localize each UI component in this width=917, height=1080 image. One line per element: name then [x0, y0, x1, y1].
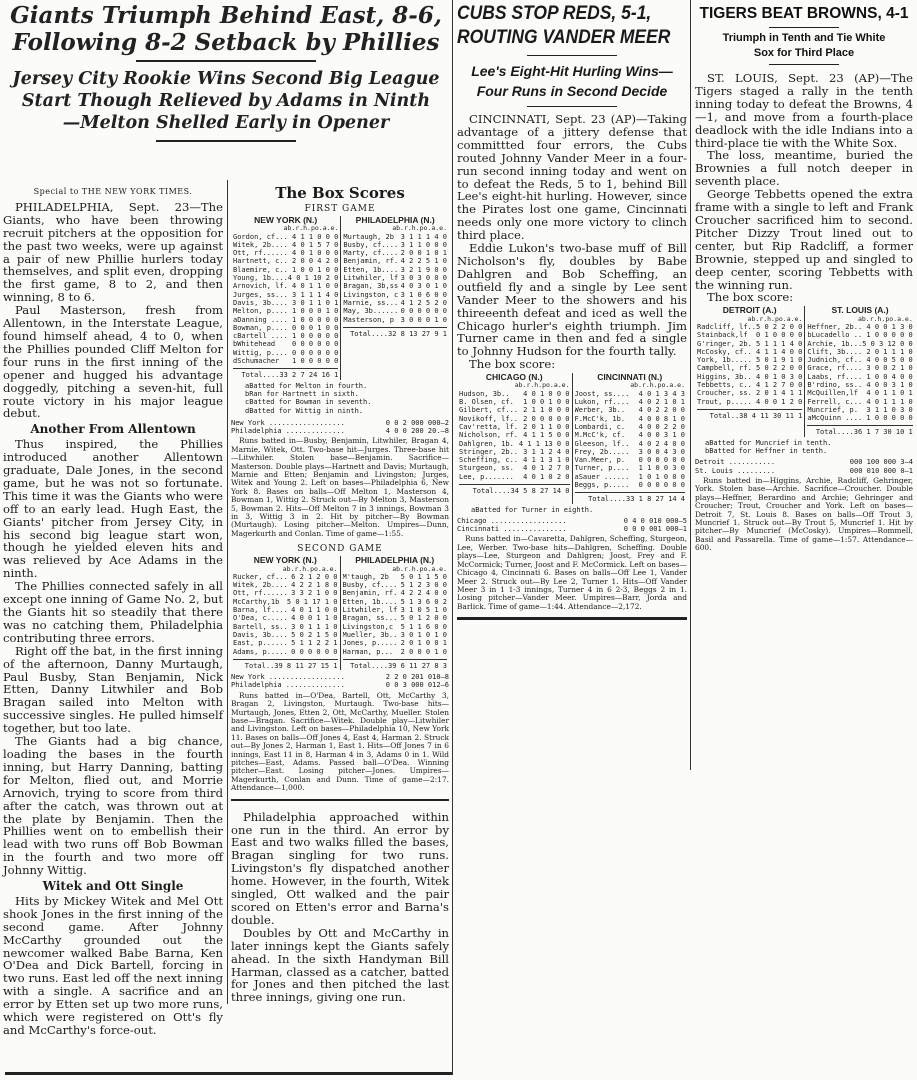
- player-row: Davis, 3b....5 0 2 1 5 0: [233, 631, 338, 639]
- inning-runs: 4 0 0 200 20.—8: [386, 427, 449, 435]
- player-stats: 4 1 2 7 0 0: [756, 381, 802, 389]
- player-stats: 1 0 0 0 0 0: [292, 357, 338, 365]
- player-stats: 4 0 1 1 0 0: [291, 606, 337, 614]
- player-name: Clift, 3b....: [807, 348, 862, 356]
- player-name: York, 1b.....: [697, 356, 752, 364]
- player-row: Trout, p.....4 0 0 1 2 0: [697, 398, 802, 406]
- team-name: St. Louis .........: [695, 467, 775, 475]
- player-row: Stainback,lf0 1 0 0 0 0: [697, 331, 802, 339]
- tigers-article: ST. LOUIS, Sept. 23 (AP)—The Tigers stag…: [695, 72, 913, 304]
- player-name: Wittig, p....: [233, 349, 288, 357]
- tigers-headline: TIGERS BEAT BROWNS, 4-1: [695, 4, 913, 24]
- player-row: York, 1b.....5 0 1 9 1 0: [697, 356, 802, 364]
- player-stats: 4 1 1 4 0 0: [756, 348, 802, 356]
- team-name: Detroit ...........: [695, 458, 775, 466]
- paragraph: The Giants had a big chance, loading the…: [3, 735, 223, 877]
- tigers-browns-box: DETROIT (A.) ab.r.h.po.a.e. Radcliff, lf…: [695, 306, 913, 436]
- player-name: B. Olsen, cf.: [459, 398, 514, 406]
- player-stats: 2 0 1 1 1 0: [866, 348, 912, 356]
- box-notes: aBatted for Turner in eighth.: [457, 506, 687, 514]
- player-name: Livingston, c: [343, 291, 398, 299]
- player-row: B'rdino, ss..4 0 0 3 1 0: [807, 381, 912, 389]
- team-total: Total....36 1 7 30 10 1: [807, 425, 912, 436]
- player-row: Hudson, 3b..4 0 1 0 0 0: [459, 390, 570, 398]
- player-name: Marnie, ss...: [343, 299, 398, 307]
- game-summary: Runs batted in—Higgins, Archie, Radcliff…: [695, 477, 913, 553]
- divider: [457, 617, 687, 620]
- player-row: Sturgeon, ss.4 0 1 2 7 0: [459, 464, 570, 472]
- box-note: cBatted for Bowman in seventh.: [245, 398, 449, 406]
- team-name: Cincinnati ...............: [457, 525, 567, 533]
- player-rows: M'taugh, 2b5 0 1 1 5 0Busby, cf....5 1 2…: [343, 573, 448, 656]
- player-row: Tebbetts, c..4 1 2 7 0 0: [697, 381, 802, 389]
- team-total: Total....33 2 7 24 16 1: [233, 368, 338, 379]
- player-row: Stringer, 2b..3 1 1 2 4 0: [459, 448, 570, 456]
- player-name: Heffner, 2b..: [807, 323, 862, 331]
- player-name: Jurges, ss...: [233, 291, 288, 299]
- player-name: Witek, 2b....: [233, 581, 288, 589]
- player-row: Arnovich, lf.4 0 1 1 0 0: [233, 282, 338, 290]
- tigers-story: TIGERS BEAT BROWNS, 4-1 Triumph in Tenth…: [695, 4, 913, 553]
- player-stats: 1 0 0 1 0 0: [523, 398, 569, 406]
- player-row: dSchumacher1 0 0 0 0 0: [233, 357, 338, 365]
- cubs-reds-box: CHICAGO (N.) ab.r.h.po.a.e. Hudson, 3b..…: [457, 373, 687, 503]
- player-row: Cav'retta, lf.2 0 1 1 0 0: [459, 423, 570, 431]
- player-name: Ott, rf......: [233, 249, 288, 257]
- player-row: Gordon, cf...4 1 1 0 0 0: [233, 233, 338, 241]
- player-row: Rucker, cf...6 2 1 2 0 0: [233, 573, 338, 581]
- player-row: Higgins, 3b..4 0 1 0 3 0: [697, 373, 802, 381]
- player-name: Bowman, p....: [233, 324, 288, 332]
- player-stats: 4 0 0 2 2 0: [639, 423, 685, 431]
- player-stats: 4 0 1 1 0 0: [292, 282, 338, 290]
- chicago-box: CHICAGO (N.) ab.r.h.po.a.e. Hudson, 3b..…: [457, 373, 572, 503]
- line-score-row: New York ..................0 0 2 000 000…: [231, 419, 449, 427]
- player-row: Davis, 3b....3 0 1 1 0 1: [233, 299, 338, 307]
- player-stats: 4 0 1 10 2 0: [288, 274, 339, 282]
- player-row: Wittig, p....0 0 0 0 0 0: [233, 349, 338, 357]
- player-stats: 4 0 1 1 1 0: [866, 398, 912, 406]
- player-row: F.McC'k, 1b.4 0 0 8 1 0: [575, 415, 686, 423]
- player-stats: 4 0 0 1 3 0: [866, 323, 912, 331]
- new-york-box: NEW YORK (N.) ab.r.h.po.a.e. Rucker, cf.…: [231, 556, 340, 670]
- player-stats: 4 0 0 1 2 0: [756, 398, 802, 406]
- team-total: Total..39 8 11 27 15 1: [233, 659, 338, 670]
- line-score-row: New York ..................2 2 0 201 010…: [231, 673, 449, 681]
- player-stats: 4 2 2 4 0 0: [401, 589, 447, 597]
- paragraph: The loss, meantime, buried the Brownies …: [695, 149, 913, 188]
- player-row: Lukon, rf....4 0 2 1 0 1: [575, 398, 686, 406]
- player-row: Adams, p.....0 0 0 0 0 0: [233, 648, 338, 656]
- player-name: Etten, 1b....: [343, 266, 398, 274]
- player-row: Bragan, ss...5 0 1 2 0 0: [343, 614, 448, 622]
- player-name: Bragan, 3b,ss: [343, 282, 398, 290]
- player-row: Harman, p...2 0 0 0 1 0: [343, 648, 448, 656]
- player-row: McCarthy,1b5 0 1 17 1 0: [233, 598, 338, 606]
- player-row: aDanning ....1 0 0 0 0 0: [233, 316, 338, 324]
- inning-runs: 0 4 0 010 000—5: [624, 517, 687, 525]
- paragraph: Thus inspired, the Phillies introduced a…: [3, 438, 223, 580]
- player-name: Turner, p....: [575, 464, 630, 472]
- line-score-row: Cincinnati ...............0 0 0 001 000—…: [457, 525, 687, 533]
- player-name: aDanning ....: [233, 316, 288, 324]
- player-stats: 2 0 0 0 1 0: [401, 648, 447, 656]
- player-name: McQuillen,lf: [807, 389, 858, 397]
- player-rows: Heffner, 2b..4 0 0 1 3 0bLucadello ..1 0…: [807, 323, 912, 423]
- subhead: Witek and Ott Single: [3, 880, 223, 893]
- player-row: Murtaugh, 2b3 1 1 1 4 0: [343, 233, 447, 241]
- player-row: McQuillen,lf4 0 1 1 0 1: [807, 389, 912, 397]
- player-row: Young, 1b....4 0 1 10 2 0: [233, 274, 338, 282]
- player-row: Witek, 2b....4 2 2 1 8 0: [233, 581, 338, 589]
- player-name: Judnich, cf..: [807, 356, 862, 364]
- player-row: Turner, p....1 1 0 0 3 0: [575, 464, 686, 472]
- player-stats: 4 0 2 4 0 0: [639, 440, 685, 448]
- player-stats: 3 0 3 0 0 0: [401, 274, 447, 282]
- player-stats: 1 0 0 0 0 0: [866, 414, 912, 422]
- player-name: May, 3b......: [343, 307, 398, 315]
- player-rows: Hudson, 3b..4 0 1 0 0 0B. Olsen, cf.1 0 …: [459, 390, 570, 481]
- player-name: Lee, p.......: [459, 473, 514, 481]
- second-game-label: SECOND GAME: [231, 544, 449, 554]
- player-name: Higgins, 3b..: [697, 373, 752, 381]
- player-stats: 5 0 2 2 0 0: [756, 323, 802, 331]
- player-name: dSchumacher: [233, 357, 279, 365]
- player-row: O'Dea, c.....4 0 0 1 1 0: [233, 614, 338, 622]
- player-stats: 3 1 1 2 4 0: [523, 448, 569, 456]
- paragraph: Eddie Lukon's two-base muff of Bill Nich…: [457, 242, 687, 358]
- player-row: B. Olsen, cf.1 0 0 1 0 0: [459, 398, 570, 406]
- player-row: Barna, lf....4 0 1 1 0 0: [233, 606, 338, 614]
- player-stats: 3 1 1 0 0 0: [401, 241, 447, 249]
- player-name: Cav'retta, lf.: [459, 423, 518, 431]
- player-row: M.McC'k, cf.4 0 0 3 1 0: [575, 431, 686, 439]
- player-name: Young, 1b....: [233, 274, 288, 282]
- player-rows: Joost, ss....4 0 1 3 4 3Lukon, rf....4 0…: [575, 390, 686, 490]
- player-name: Hudson, 3b..: [459, 390, 510, 398]
- divider: [231, 799, 449, 801]
- cubs-story: CUBS STOP REDS, 5-1, ROUTING VANDER MEER…: [457, 2, 687, 620]
- player-stats: 3 0 0 2 1 0: [866, 364, 912, 372]
- player-row: Archie, 1b...5 0 3 12 0 0: [807, 340, 912, 348]
- player-row: Clift, 3b....2 0 1 1 1 0: [807, 348, 912, 356]
- player-row: Judnich, cf..4 0 0 5 0 0: [807, 356, 912, 364]
- player-name: Muncrief, p.: [807, 406, 858, 414]
- player-name: M.McC'k, cf.: [575, 431, 626, 439]
- player-row: Bragan, 3b,ss4 0 3 0 1 0: [343, 282, 447, 290]
- divider: [527, 106, 617, 107]
- player-name: McCosky, cf..: [697, 348, 752, 356]
- player-row: East, p......5 1 1 2 2 1: [233, 639, 338, 647]
- player-stats: 4 0 0 3 1 0: [639, 431, 685, 439]
- player-name: McCarthy,1b: [233, 598, 279, 606]
- player-row: Novikoff, lf..2 0 0 0 0 0: [459, 415, 570, 423]
- player-stats: 4 0 1 2 7 0: [523, 464, 569, 472]
- cincinnati-box: CINCINNATI (N.) ab.r.h.po.a.e. Joost, ss…: [572, 373, 688, 503]
- inning-runs: 2 2 0 201 010—8: [386, 673, 449, 681]
- player-row: Gilbert, cf...2 1 1 0 0 0: [459, 406, 570, 414]
- player-name: Busby, cf....: [343, 241, 398, 249]
- player-name: Lukon, rf....: [575, 398, 630, 406]
- player-row: Scheffing, c..4 1 1 3 1 0: [459, 456, 570, 464]
- player-stats: 4 1 2 5 2 0: [401, 299, 447, 307]
- box-note: bRan for Hartnett in sixth.: [245, 390, 449, 398]
- player-stats: 3 1 1 0 3 0: [866, 406, 912, 414]
- player-stats: 5 0 1 2 0 0: [401, 614, 447, 622]
- player-name: Nicholson, rf.: [459, 431, 518, 439]
- player-name: Rucker, cf...: [233, 573, 288, 581]
- player-name: Laabs, rf....: [807, 373, 862, 381]
- subhead: Another From Allentown: [3, 423, 223, 436]
- player-name: Mueller, 3b..: [343, 631, 398, 639]
- paragraph: Hits by Mickey Witek and Mel Ott shook J…: [3, 895, 223, 1037]
- player-stats: 3 3 2 1 0 0: [291, 589, 337, 597]
- player-stats: 5 0 3 12 0 0: [862, 340, 913, 348]
- player-name: Trout, p.....: [697, 398, 752, 406]
- player-stats: 3 0 1 0 1 0: [401, 631, 447, 639]
- player-name: B'rdino, ss..: [807, 381, 862, 389]
- line-score-row: Philadelphia ..............0 0 3 000 012…: [231, 681, 449, 689]
- player-stats: 0 0 0 0 0 0: [292, 340, 338, 348]
- player-stats: 3 2 1 9 0 0: [401, 266, 447, 274]
- player-name: M'taugh, 2b: [343, 573, 389, 581]
- paragraph: Philadelphia approached within one run i…: [231, 811, 449, 927]
- player-name: Joost, ss....: [575, 390, 630, 398]
- player-row: McCosky, cf..4 1 1 4 0 0: [697, 348, 802, 356]
- player-name: O'Dea, c.....: [233, 614, 288, 622]
- team-name: Chicago ..................: [457, 517, 567, 525]
- player-name: Van.Meer, p.: [575, 456, 626, 464]
- player-name: Marty, cf....: [343, 249, 398, 257]
- player-stats: 3 1 1 1 4 0: [292, 291, 338, 299]
- player-stats: 5 0 2 2 0 0: [756, 364, 802, 372]
- player-row: Ott, rf......3 3 2 1 0 0: [233, 589, 338, 597]
- player-name: Benjamin, rf.: [343, 257, 398, 265]
- player-name: Etten, 1b....: [343, 598, 398, 606]
- player-name: East, p......: [233, 639, 288, 647]
- player-row: Witek, 2b....4 0 1 5 7 0: [233, 241, 338, 249]
- paragraph: CINCINNATI, Sept. 23 (AP)—Taking advanta…: [457, 113, 687, 242]
- player-name: Litwhiler, lf: [343, 274, 398, 282]
- cubs-headline: CUBS STOP REDS, 5-1, ROUTING VANDER MEER: [457, 2, 687, 50]
- player-stats: 4 1 1 0 0 0: [292, 233, 338, 241]
- player-stats: 5 1 1 1 4 0: [756, 340, 802, 348]
- box-notes: aBatted for Melton in fourth.bRan for Ha…: [231, 382, 449, 415]
- player-stats: 2 0 1 1 0 0: [523, 423, 569, 431]
- player-name: Bragan, ss...: [343, 614, 398, 622]
- player-name: Blaemire, c..: [233, 266, 288, 274]
- player-row: Nicholson, rf.4 1 1 5 0 0: [459, 431, 570, 439]
- player-name: Werber, 3b..: [575, 406, 626, 414]
- player-name: Murtaugh, 2b: [343, 233, 394, 241]
- player-name: Barna, lf....: [233, 606, 288, 614]
- box-note: aBatted for Turner in eighth.: [471, 506, 687, 514]
- player-name: Stringer, 2b..: [459, 448, 518, 456]
- paragraph: The Phillies connected safely in all exc…: [3, 580, 223, 645]
- player-stats: 3 0 0 0 1 0: [401, 316, 447, 324]
- paragraph: The box score:: [695, 291, 913, 304]
- player-stats: 4 0 1 0 2 0: [523, 473, 569, 481]
- player-name: Ott, rf......: [233, 589, 288, 597]
- player-row: bLucadello ..1 0 0 0 0 0: [807, 331, 912, 339]
- player-stats: 5 1 2 3 0 0: [401, 581, 447, 589]
- player-name: Arnovich, lf.: [233, 282, 288, 290]
- box-note: aBatted for Muncrief in tenth.: [705, 439, 913, 447]
- giants-headline-block: Giants Triumph Behind East, 8-6, Followi…: [2, 2, 450, 142]
- player-row: Jones, p.....2 0 1 0 0 1: [343, 639, 448, 647]
- player-row: Dahlgren, 1b.4 1 1 13 0 0: [459, 440, 570, 448]
- team-name: New York ..................: [231, 419, 345, 427]
- player-name: Davis, 3b....: [233, 299, 288, 307]
- player-name: Livingston,c: [343, 623, 394, 631]
- player-row: Bowman, p....0 0 0 1 0 0: [233, 324, 338, 332]
- player-name: Beggs, p.....: [575, 481, 630, 489]
- box-notes: aBatted for Muncrief in tenth.bBatted fo…: [695, 439, 913, 456]
- paragraph: George Tebbetts opened the extra frame w…: [695, 188, 913, 291]
- box-scores-title: The Box Scores: [231, 184, 449, 202]
- player-stats: 1 0 0 4 0 0: [866, 373, 912, 381]
- divider: [136, 60, 316, 62]
- player-name: Benjamin, rf.: [343, 589, 398, 597]
- player-row: Hartnett, c..2 0 0 4 2 0: [233, 257, 338, 265]
- player-name: Lombardi, c.: [575, 423, 626, 431]
- player-name: cBartell ....: [233, 332, 288, 340]
- player-row: Masterson, p3 0 0 0 1 0: [343, 316, 447, 324]
- team-name: Philadelphia ..............: [231, 427, 345, 435]
- player-stats: 0 0 0 0 0 0: [291, 648, 337, 656]
- player-row: Muncrief, p.3 1 1 0 3 0: [807, 406, 912, 414]
- player-stats: 4 0 1 0 0 0: [292, 249, 338, 257]
- player-stats: 5 1 1 6 0 0: [401, 623, 447, 631]
- st-louis-box: ST. LOUIS (A.) ab.r.h.po.a.e. Heffner, 2…: [804, 306, 914, 436]
- player-row: May, 3b......0 0 0 0 0 0: [343, 307, 447, 315]
- player-stats: 4 0 0 5 0 0: [866, 356, 912, 364]
- player-stats: 0 0 0 0 0 0: [401, 307, 447, 315]
- box-note: dBatted for Wittig in ninth.: [245, 407, 449, 415]
- player-name: bLucadello ..: [807, 331, 862, 339]
- first-game-box: NEW YORK (N.) ab.r.h.po.a.e. Gordon, cf.…: [231, 216, 449, 380]
- player-stats: 4 1 1 13 0 0: [519, 440, 570, 448]
- line-score: New York ..................2 2 0 201 010…: [231, 673, 449, 690]
- line-score-row: St. Louis .........000 010 000 0—1: [695, 467, 913, 475]
- player-row: Etten, 1b....5 1 3 6 0 2: [343, 598, 448, 606]
- player-stats: 4 0 1 0 3 0: [756, 373, 802, 381]
- giants-article-col2: Philadelphia approached within one run i…: [231, 811, 449, 1005]
- player-stats: 2 0 0 4 2 0: [292, 257, 338, 265]
- player-stats: 0 0 0 0 0 0: [292, 349, 338, 357]
- paragraph: Doubles by Ott and McCarthy in later inn…: [231, 927, 449, 1004]
- player-name: Melton, p....: [233, 307, 288, 315]
- player-name: Campbell, rf.: [697, 364, 752, 372]
- player-stats: 4 0 0 8 1 0: [639, 415, 685, 423]
- player-stats: 4 0 1 5 7 0: [292, 241, 338, 249]
- player-name: Davis, 3b....: [233, 631, 288, 639]
- player-row: Litwhiler, lf3 0 3 0 0 0: [343, 274, 447, 282]
- player-name: Masterson, p: [343, 316, 394, 324]
- player-name: Frey, 2b.....: [575, 448, 630, 456]
- player-name: Gilbert, cf...: [459, 406, 518, 414]
- player-stats: 4 2 2 5 1 0: [401, 257, 447, 265]
- philadelphia-box: PHILADELPHIA (N.) ab.r.h.po.a.e. M'taugh…: [340, 556, 450, 670]
- player-row: Jurges, ss...3 1 1 1 4 0: [233, 291, 338, 299]
- box-note: bBatted for Heffner in tenth.: [705, 447, 913, 455]
- player-stats: 3 0 1 1 1 0: [291, 623, 337, 631]
- player-stats: 2 0 1 0 0 1: [401, 639, 447, 647]
- player-stats: 0 0 0 1 0 0: [292, 324, 338, 332]
- player-stats: 4 0 1 1 0 1: [866, 389, 912, 397]
- player-rows: Radcliff, lf..5 0 2 2 0 0Stainback,lf0 1…: [697, 323, 802, 406]
- first-game-label: FIRST GAME: [231, 204, 449, 214]
- player-name: Archie, 1b...: [807, 340, 862, 348]
- player-stats: 5 0 1 1 5 0: [401, 573, 447, 581]
- player-row: Ferrell, c...4 0 1 1 1 0: [807, 398, 912, 406]
- box-note: aBatted for Melton in fourth.: [245, 382, 449, 390]
- giants-article-col1: Special to THE NEW YORK TIMES. PHILADELP…: [3, 186, 223, 1037]
- team-total: Total..38 4 11 30 11 1: [697, 409, 802, 420]
- player-stats: 4 0 2 1 0 1: [639, 398, 685, 406]
- team-total: Total....34 5 8 27 14 0: [459, 484, 570, 495]
- player-row: Joost, ss....4 0 1 3 4 3: [575, 390, 686, 398]
- player-name: Novikoff, lf..: [459, 415, 518, 423]
- player-stats: 1 0 0 0 0 0: [866, 331, 912, 339]
- player-stats: 6 2 1 2 0 0: [291, 573, 337, 581]
- player-stats: 1 0 0 1 0 0: [292, 266, 338, 274]
- player-name: aSauer ......: [575, 473, 630, 481]
- player-row: cBartell ....1 0 0 0 0 0: [233, 332, 338, 340]
- player-row: aMcQuinn ....1 0 0 0 0 0: [807, 414, 912, 422]
- player-row: Beggs, p.....0 0 0 0 0 0: [575, 481, 686, 489]
- player-name: Witek, 2b....: [233, 241, 288, 249]
- player-row: Gleeson, lf..4 0 2 4 0 0: [575, 440, 686, 448]
- line-score-row: Detroit ...........000 100 000 3—4: [695, 458, 913, 466]
- inning-runs: 0 0 3 000 012—6: [386, 681, 449, 689]
- player-stats: 4 0 1 3 4 3: [639, 390, 685, 398]
- game-summary: Runs batted in—Cavaretta, Dahlgren, Sche…: [457, 535, 687, 611]
- giants-box-scores: The Box Scores FIRST GAME NEW YORK (N.) …: [227, 180, 449, 1004]
- game-summary: Runs batted in—Busby, Benjamin, Litwhile…: [231, 437, 449, 538]
- cubs-article: CINCINNATI, Sept. 23 (AP)—Taking advanta…: [457, 113, 687, 371]
- player-stats: 0 1 0 0 0 0: [756, 331, 802, 339]
- player-stats: 2 0 1 4 1 1: [756, 389, 802, 397]
- player-row: Frey, 2b.....3 0 0 4 3 0: [575, 448, 686, 456]
- player-stats: 4 0 2 2 0 0: [639, 406, 685, 414]
- player-stats: 1 0 0 0 0 0: [292, 316, 338, 324]
- player-stats: 4 0 1 0 0 0: [523, 390, 569, 398]
- line-score-row: Philadelphia ..............4 0 0 200 20.…: [231, 427, 449, 435]
- player-stats: 3 0 0 4 3 0: [639, 448, 685, 456]
- player-stats: 3 1 1 1 4 0: [401, 233, 447, 241]
- player-row: Etten, 1b....3 2 1 9 0 0: [343, 266, 447, 274]
- new-york-box: NEW YORK (N.) ab.r.h.po.a.e. Gordon, cf.…: [231, 216, 340, 380]
- player-rows: Murtaugh, 2b3 1 1 1 4 0Busby, cf....3 1 …: [343, 233, 447, 324]
- player-stats: 5 1 3 6 0 2: [401, 598, 447, 606]
- cubs-deck: Lee's Eight-Hit Hurling Wins— Four Runs …: [457, 61, 687, 101]
- line-score: Detroit ...........000 100 000 3—4St. Lo…: [695, 458, 913, 475]
- divider: [527, 55, 617, 56]
- player-stats: 1 1 0 0 3 0: [639, 464, 685, 472]
- philadelphia-box: PHILADELPHIA (N.) ab.r.h.po.a.e. Murtaug…: [340, 216, 449, 380]
- player-stats: 4 2 2 1 8 0: [291, 581, 337, 589]
- column-rule: [690, 0, 691, 770]
- player-name: Croucher, ss.: [697, 389, 752, 397]
- paragraph: PHILADELPHIA, Sept. 23—The Giants, who h…: [3, 201, 223, 304]
- line-score: Chicago ..................0 4 0 010 000—…: [457, 517, 687, 534]
- inning-runs: 000 010 000 0—1: [850, 467, 913, 475]
- dateline-credit: Special to THE NEW YORK TIMES.: [3, 186, 223, 199]
- detroit-box: DETROIT (A.) ab.r.h.po.a.e. Radcliff, lf…: [695, 306, 804, 436]
- paragraph: Right off the bat, in the first inning o…: [3, 645, 223, 735]
- player-stats: 1 0 0 0 0 0: [292, 332, 338, 340]
